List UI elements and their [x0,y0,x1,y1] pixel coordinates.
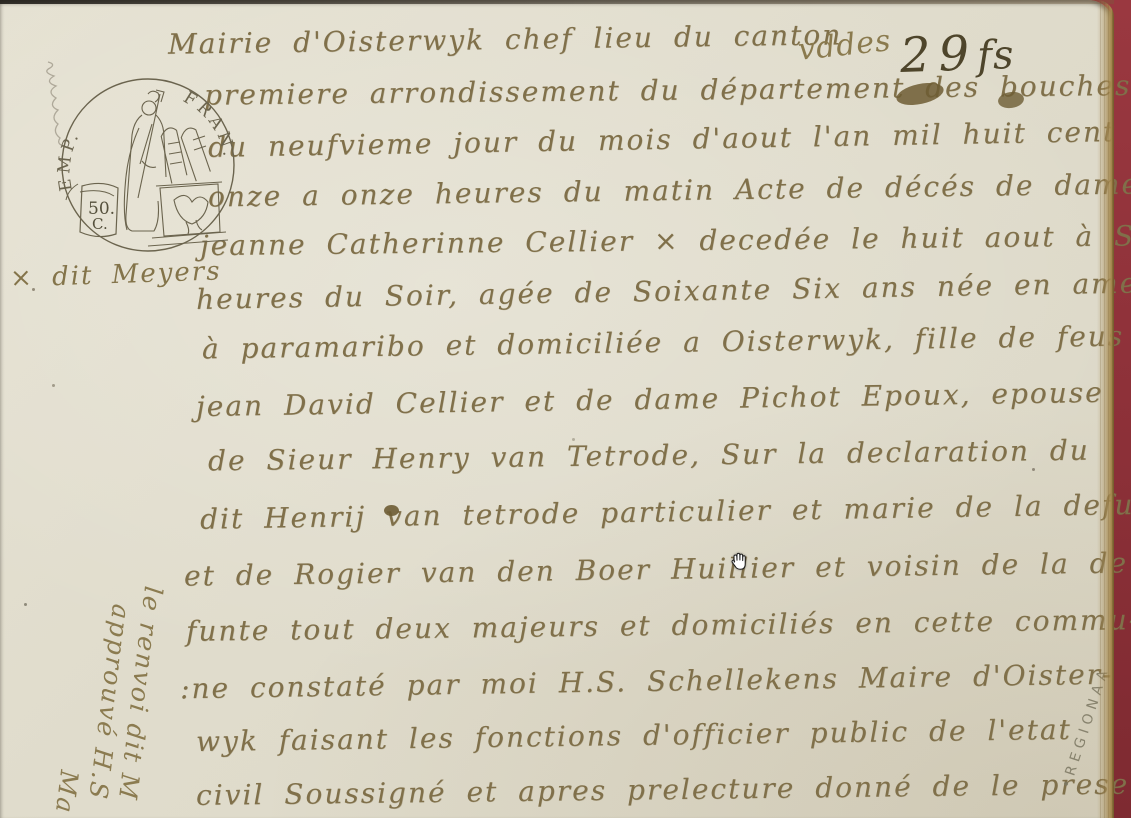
handwritten-line: dit Henrij van tetrode particulier et ma… [200,490,1131,533]
document-page[interactable]: Mairie d'Oisterwyk chef lieu du canton p… [0,0,1114,818]
handwritten-line: du neufvieme jour du mois d'aout l'an mi… [208,118,1117,162]
handwritten-line: à paramaribo et domiciliée a Oisterwyk, … [202,323,1125,364]
stamp-figure-justice [124,90,166,231]
handwritten-line: jeanne Catherinne Cellier × decedée le h… [200,222,1131,260]
handwritten-line: Mairie d'Oisterwyk chef lieu du canton [168,21,843,58]
ink-blot [384,505,399,516]
stamp-arc-right-text: FRAN. [180,88,240,162]
pencil-mark [34,58,74,148]
stamp-law-tablets [160,126,212,184]
handwritten-line: de Sieur Henry van Tetrode, Sur la decla… [208,437,1090,476]
handwritten-line: wyk faisant les fonctions d'officier pub… [196,716,1072,756]
grab-hand-cursor [727,550,751,574]
handwritten-line: heures du Soir, agée de Soixante Six ans… [196,268,1131,314]
paper-speck [32,288,35,291]
handwritten-line: onze a onze heures du matin Acte de décé… [208,170,1131,211]
stamp-imperial-eagle-altar [148,182,228,246]
fiscal-stamp-seal: EMP. FRAN. [56,66,242,266]
folio-number: 29fs [899,24,1015,84]
folio-number-suffix: fs [976,32,1015,79]
margin-rotated-note: Ma [50,768,84,816]
handwritten-line: jean David Cellier et de dame Pichot Epo… [196,379,1104,421]
handwritten-line: et de Rogier van den Boer Huillier et vo… [184,549,1128,590]
handwritten-line: :ne constaté par moi H.S. Schellekens Ma… [180,661,1114,704]
folio-number-value: 29 [899,25,978,84]
stamp-denomination-plaque: 50. C. [66,183,118,236]
handwritten-line: civil Soussigné et apres prelecture donn… [196,770,1131,810]
scanned-register-view: Mairie d'Oisterwyk chef lieu du canton p… [0,0,1131,818]
scan-top-edge-shadow [0,0,1114,4]
handwritten-line: funte tout deux majeurs et domiciliés en… [186,606,1131,646]
page-edge [1097,0,1114,818]
stamp-denomination-c: C. [92,215,108,233]
